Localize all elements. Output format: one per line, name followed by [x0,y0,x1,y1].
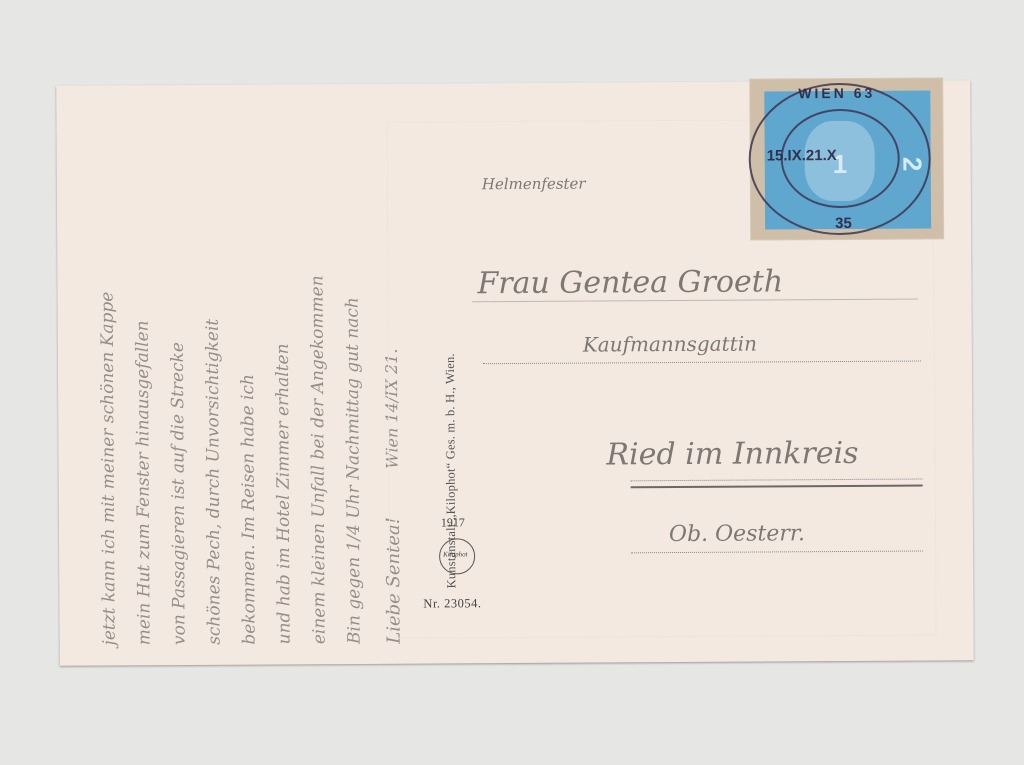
recipient-name: Frau Gentea Groeth [477,264,783,301]
recipient-city: Ried im Innkreis [606,436,858,473]
recipient-region: Ob. Oesterr. [669,521,805,547]
message-line: Bin gegen 1/4 Uhr Nachmittag gut nach [343,297,365,644]
postage-stamp: 1 2 WIEN 63 15.IX.21.X 35 [750,78,943,239]
message-line: von Passagieren ist auf die Strecke [168,342,190,645]
message-line: und hab im Hotel Zimmer erhalten [273,343,295,644]
postcard: Liebe Sentea! Wien 14/IX 21. Bin gegen 1… [56,80,974,666]
message-line: schönes Pech, durch Unvorsichtigkeit [203,319,225,645]
message-line: jetzt kann ich mit meiner schönen Kappe [97,292,119,646]
postmark-city: WIEN 63 [798,85,875,101]
message-line: mein Hut zum Fenster hinausgefallen [133,320,155,645]
postmark-date: 15.IX.21.X [767,147,837,164]
sender-note: Helmenfester [482,175,586,194]
recipient-title: Kaufmannsgattin [583,332,757,357]
message-line: einem kleinen Unfall bei der Angekommen [307,275,329,644]
message-line: bekommen. Im Reisen habe ich [238,374,260,645]
message-area: Liebe Sentea! Wien 14/IX 21. Bin gegen 1… [56,86,57,87]
postmark-office: 35 [835,215,852,232]
